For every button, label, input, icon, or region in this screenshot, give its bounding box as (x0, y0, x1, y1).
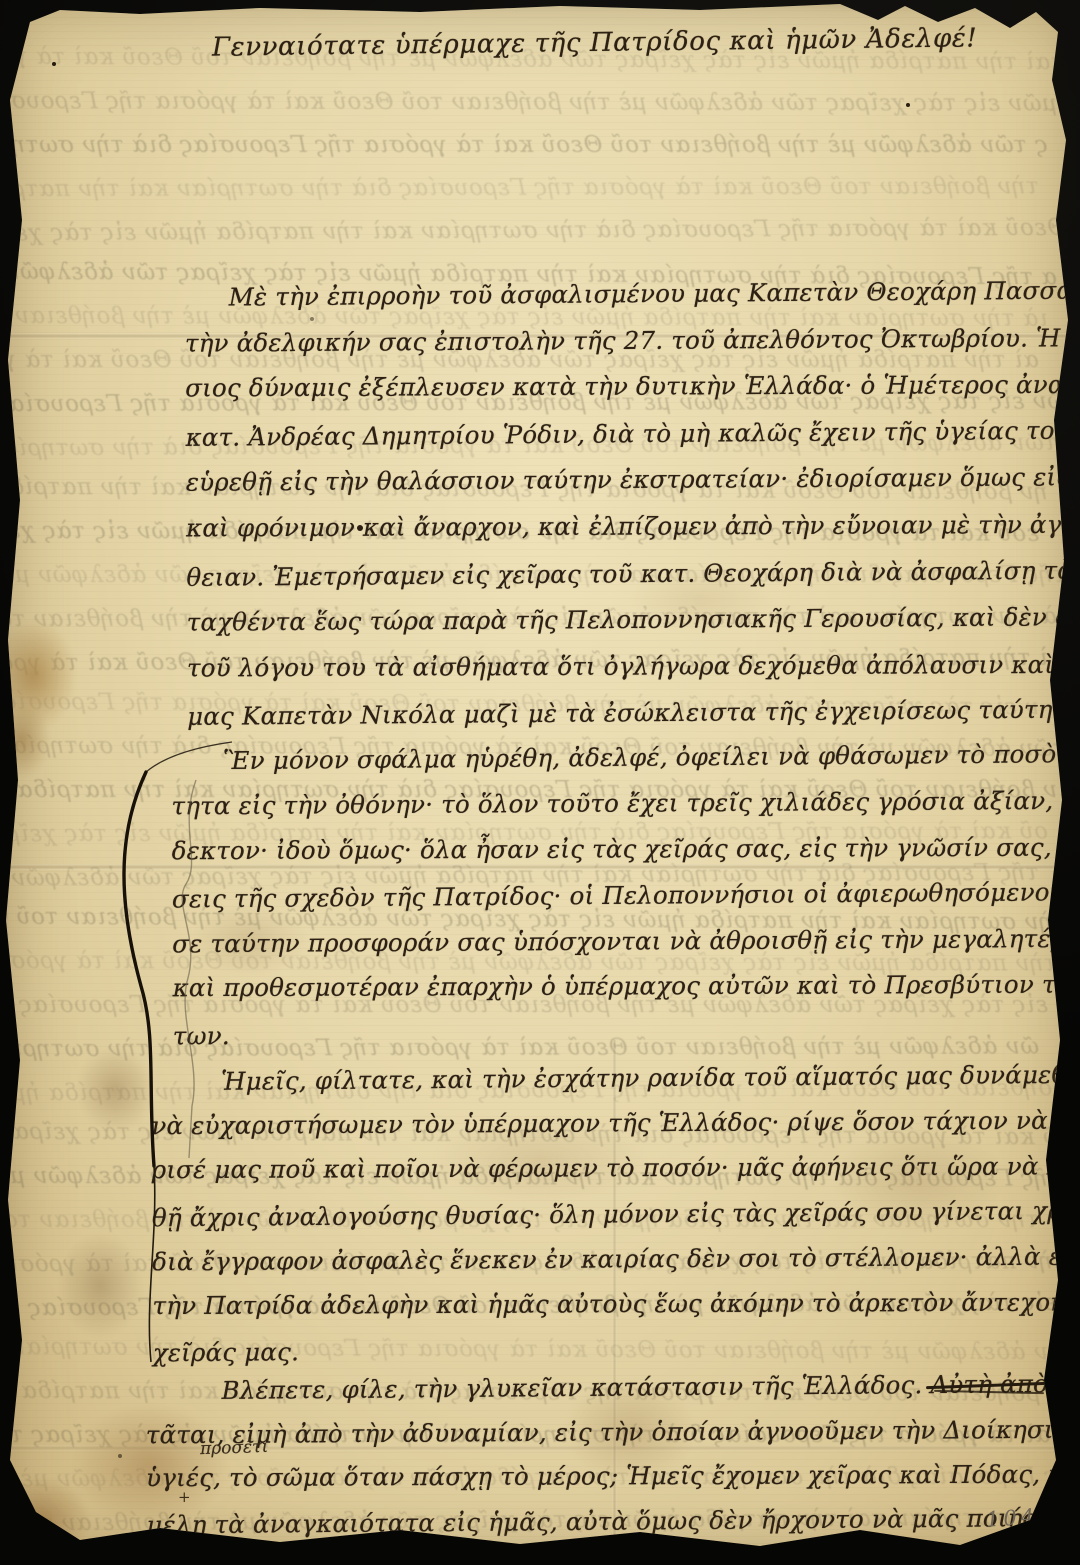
manuscript-line: ὑγιές, τὸ σῶμα ὅταν πάσχῃ τὸ μέρος; Ἡμεῖ… (146, 1459, 1080, 1508)
manuscript-line: καὶ φρόνιμον καὶ ἄναρχον, καὶ ἐλπίζομεν … (186, 509, 1080, 560)
manuscript-line: θῇ ἄχρις ἀναλογούσης θυσίας· ὅλη μόνον ε… (152, 1194, 1080, 1248)
verso-bleed-line: μῶν εἰς τὰς χεῖρας τῶν ἀδελφῶν μὲ τὴν βο… (0, 87, 1057, 116)
insertion-caret-mark: + (178, 1488, 191, 1506)
manuscript-line: διὰ ἔγγραφον ἀσφαλὲς ἕνεκεν ἐν καιρίας δ… (152, 1240, 1080, 1292)
manuscript-line: Ἓν μόνον σφάλμα ηὑρέθη, ἀδελφέ, ὀφείλει … (171, 737, 1080, 792)
paragraph: Ἡμεῖς, φίλτατε, καὶ τὴν ἐσχάτην ρανίδα τ… (151, 1060, 1080, 1383)
interlinear-insertion: προσέτι (200, 1437, 269, 1459)
page-number: 104 (985, 1504, 1039, 1532)
paragraph: Ἓν μόνον σφάλμα ηὑρέθη, ἀδελφέ, ὀφείλει … (171, 739, 1080, 1067)
manuscript-line: καὶ προθεσμοτέραν ἐπαρχὴν ὁ ὑπέρμαχος αὐ… (172, 969, 1080, 1019)
paragraph: Βλέπετε, φίλε, τὴν γλυκεῖαν κατάστασιν τ… (145, 1369, 1080, 1554)
manuscript-line: μέλη τὰ ἀναγκαιότατα εἰς ἡμᾶς, αὐτὰ ὅμως… (146, 1501, 1080, 1555)
manuscript-line: των. (173, 1013, 1080, 1068)
manuscript-line: σε ταύτην προσφοράν σας ὑπόσχονται νὰ ἀθ… (172, 922, 1080, 975)
manuscript-line: κατ. Ἀνδρέας Δημητρίου Ῥόδιν, διὰ τὸ μὴ … (185, 413, 1080, 469)
manuscript-line: θειαν. Ἐμετρήσαμεν εἰς χεῖρας τοῦ κατ. Θ… (186, 553, 1080, 609)
scanned-letter-page: καὶ τὴν πατρίδα ἡμῶν εἰς τὰς χεῖρας τῶν … (0, 0, 1080, 1565)
verso-bleed-line: ς τῶν ἀδελφῶν μὲ τὴν βοήθειαν τοῦ Θεοῦ κ… (0, 132, 1048, 158)
manuscript-line: δεκτον· ἰδοὺ ὅμως· ὅλα ἦσαν εἰς τὰς χεῖρ… (172, 832, 1080, 882)
verso-bleed-line: τὴν βοήθειαν τοῦ Θεοῦ καὶ τὰ γρόσια τῆς … (0, 173, 1039, 202)
salutation-line: Γενναιότατε ὑπέρμαχε τῆς Πατρίδος καὶ ἡμ… (212, 23, 978, 62)
manuscript-line: σιος δύναμις ἐξέπλευσεν κατὰ τὴν δυτικὴν… (185, 369, 1080, 420)
manuscript-line: νὰ εὐχαριστήσωμεν τὸν ὑπέρμαχον τῆς Ἑλλά… (151, 1105, 1080, 1157)
verso-bleed-line: Θεοῦ καὶ τὰ γρόσια τῆς Γερουσίας διὰ τὴν… (0, 215, 1066, 248)
brace-stroke-heavy (124, 772, 154, 1166)
ink-specks (52, 62, 56, 66)
manuscript-line: τᾶται, εἰμὴ ἀπὸ τὴν ἀδυναμίαν, εἰς τὴν ὁ… (146, 1413, 1080, 1464)
manuscript-line: σεις τῆς σχεδὸν τῆς Πατρίδος· οἱ Πελοπον… (172, 875, 1080, 930)
manuscript-line: Μὲ τὴν ἐπιρροὴν τοῦ ἀσφαλισμένου μας Καπ… (185, 273, 1080, 329)
paper-sheet: καὶ τὴν πατρίδα ἡμῶν εἰς τὰς χεῖρας τῶν … (0, 0, 1080, 1565)
manuscript-line: ρισέ μας ποῦ καὶ ποῖοι νὰ φέρωμεν τὸ ποσ… (152, 1151, 1080, 1200)
manuscript-line: Βλέπετε, φίλε, τὴν γλυκεῖαν κατάστασιν τ… (145, 1367, 1080, 1421)
manuscript-line: εὑρεθῇ εἰς τὴν θαλάσσιον ταύτην ἐκστρατε… (186, 461, 1080, 515)
manuscript-line: τοῦ λόγου του τὰ αἰσθήματα ὅτι ὀγλήγωρα … (187, 648, 1080, 699)
manuscript-line: τητα εἰς τὴν ὀθόνην· τὸ ὅλον τοῦτο ἔχει … (171, 785, 1080, 838)
manuscript-line: τὴν ἀδελφικήν σας ἐπιστολὴν τῆς 27. τοῦ … (185, 321, 1080, 375)
manuscript-line: Ἡμεῖς, φίλτατε, καὶ τὴν ἐσχάτην ρανίδα τ… (151, 1059, 1080, 1113)
paragraph: Μὲ τὴν ἐπιρροὴν τοῦ ἀσφαλισμένου μας Καπ… (185, 274, 1080, 747)
manuscript-line: ταχθέντα ἕως τώρα παρὰ τῆς Πελοποννησιακ… (187, 600, 1080, 654)
manuscript-line: τὴν Πατρίδα ἀδελφὴν καὶ ἡμᾶς αὐτοὺς ἕως … (152, 1287, 1080, 1336)
